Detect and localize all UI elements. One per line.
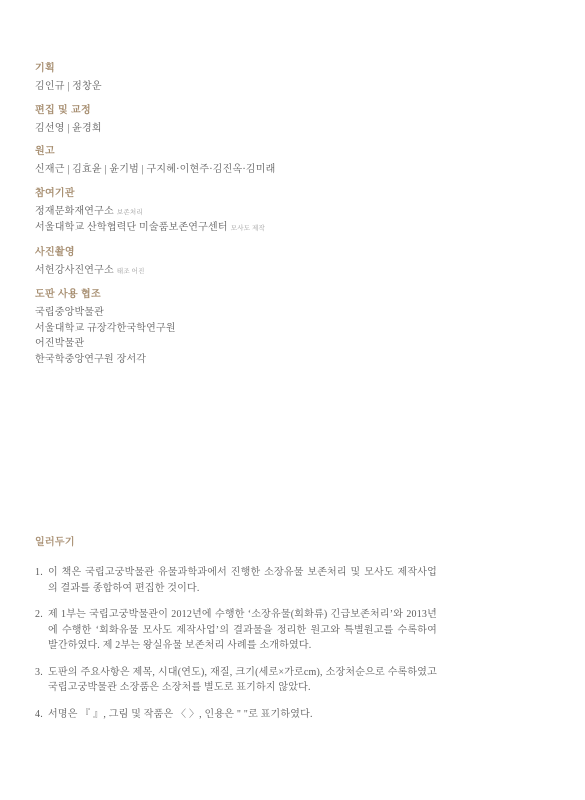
colophon-page: 기획김인규 | 정창운편집 및 교정김선영 | 윤경희원고신재근 | 김효윤 |…	[0, 0, 585, 800]
notes-title: 일러두기	[35, 536, 437, 549]
credit-line: 김선영 | 윤경희	[35, 123, 550, 136]
credit-section-title: 편집 및 교정	[35, 104, 550, 117]
credit-line-text: 한국학중앙연구원 장서각	[35, 354, 146, 365]
note-item-number: 2.	[35, 607, 48, 654]
note-item: 2.제 1부는 국립고궁박물관이 2012년에 수행한 ‘소장유물(회화류) 긴…	[35, 607, 437, 654]
credit-line: 정재문화재연구소보존처리	[35, 206, 550, 220]
note-item-number: 4.	[35, 707, 48, 723]
notes-list: 1.이 책은 국립고궁박물관 유물과학과에서 진행한 소장유물 보존처리 및 모…	[35, 565, 437, 722]
credit-section-title: 도판 사용 협조	[35, 288, 550, 301]
notes-block: 일러두기 1.이 책은 국립고궁박물관 유물과학과에서 진행한 소장유물 보존처…	[35, 536, 437, 733]
credit-line: 신재근 | 김효윤 | 윤기범 | 구지혜·이현주·김진옥·김미래	[35, 164, 550, 177]
note-item: 1.이 책은 국립고궁박물관 유물과학과에서 진행한 소장유물 보존처리 및 모…	[35, 565, 437, 596]
credit-line: 한국학중앙연구원 장서각	[35, 354, 550, 367]
credit-line-text: 정재문화재연구소	[35, 206, 114, 217]
note-item-text: 이 책은 국립고궁박물관 유물과학과에서 진행한 소장유물 보존처리 및 모사도…	[48, 565, 437, 596]
credit-line: 서울대학교 규장각한국학연구원	[35, 323, 550, 336]
credit-line-text: 서울대학교 규장각한국학연구원	[35, 323, 176, 334]
credit-section-title: 참여기관	[35, 187, 550, 200]
note-item-number: 3.	[35, 665, 48, 696]
note-item: 3.도판의 주요사항은 제목, 시대(연도), 재질, 크기(세로×가로cm),…	[35, 665, 437, 696]
credit-section: 편집 및 교정김선영 | 윤경희	[35, 104, 550, 136]
credit-line-text: 김선영 | 윤경희	[35, 123, 102, 134]
credit-line-note: 태조 어진	[117, 268, 145, 275]
credit-line-note: 모사도 제작	[231, 225, 265, 232]
credit-section: 원고신재근 | 김효윤 | 윤기범 | 구지혜·이현주·김진옥·김미래	[35, 145, 550, 177]
credit-section: 도판 사용 협조국립중앙박물관서울대학교 규장각한국학연구원어진박물관한국학중앙…	[35, 288, 550, 366]
credit-line-text: 신재근 | 김효윤 | 윤기범 | 구지혜·이현주·김진옥·김미래	[35, 164, 275, 175]
credit-line-text: 어진박물관	[35, 338, 84, 349]
credit-line: 어진박물관	[35, 338, 550, 351]
credit-section-title: 기획	[35, 62, 550, 75]
credit-line-text: 국립중앙박물관	[35, 307, 104, 318]
credit-section-title: 사진촬영	[35, 246, 550, 259]
credit-section: 참여기관정재문화재연구소보존처리서울대학교 산학협력단 미술품보존연구센터모사도…	[35, 187, 550, 236]
credit-section-title: 원고	[35, 145, 550, 158]
credit-line: 서울대학교 산학협력단 미술품보존연구센터모사도 제작	[35, 222, 550, 236]
note-item-text: 도판의 주요사항은 제목, 시대(연도), 재질, 크기(세로×가로cm), 소…	[48, 665, 437, 696]
credit-line: 김인규 | 정창운	[35, 81, 550, 94]
note-item: 4.서명은 『 』, 그림 및 작품은 〈 〉, 인용은 " "로 표기하였다.	[35, 707, 437, 723]
note-item-text: 서명은 『 』, 그림 및 작품은 〈 〉, 인용은 " "로 표기하였다.	[48, 707, 437, 723]
credit-line-note: 보존처리	[117, 209, 143, 216]
note-item-text: 제 1부는 국립고궁박물관이 2012년에 수행한 ‘소장유물(회화류) 긴급보…	[48, 607, 437, 654]
credit-line-text: 서울대학교 산학협력단 미술품보존연구센터	[35, 222, 228, 233]
credit-line: 국립중앙박물관	[35, 307, 550, 320]
credit-line: 서헌강사진연구소태조 어진	[35, 265, 550, 279]
note-item-number: 1.	[35, 565, 48, 596]
credit-section: 기획김인규 | 정창운	[35, 62, 550, 94]
credit-line-text: 서헌강사진연구소	[35, 265, 114, 276]
credits-block: 기획김인규 | 정창운편집 및 교정김선영 | 윤경희원고신재근 | 김효윤 |…	[35, 62, 550, 376]
credit-section: 사진촬영서헌강사진연구소태조 어진	[35, 246, 550, 279]
credit-line-text: 김인규 | 정창운	[35, 81, 102, 92]
